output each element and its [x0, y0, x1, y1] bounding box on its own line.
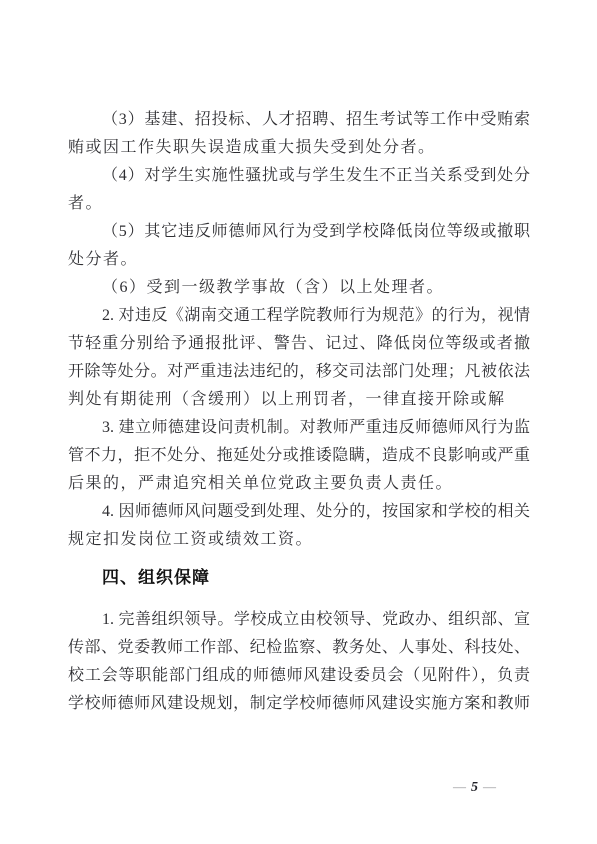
footer-dash-right: — — [483, 779, 496, 794]
text-line: 者。 — [68, 190, 530, 218]
text-line: 1. 完善组织领导。学校成立由校领导、党政办、组织部、宣 — [68, 606, 530, 634]
footer-dash-left: — — [453, 779, 466, 794]
paragraph: （6）受到一级教学事故（含）以上处理者。 — [68, 274, 530, 302]
text-line: （6）受到一级教学事故（含）以上处理者。 — [68, 274, 530, 302]
text-line: 4. 因师德师风问题受到处理、处分的，按国家和学校的相关 — [68, 498, 530, 526]
text-line: （5）其它违反师德师风行为受到学校降低岗位等级或撤职 — [68, 218, 530, 246]
text-line: 3. 建立师德建设问责机制。对教师严重违反师德师风行为监 — [68, 414, 530, 442]
page-footer: —5— — [448, 778, 501, 796]
paragraph: 3. 建立师德建设问责机制。对教师严重违反师德师风行为监 管不力，拒不处分、拖延… — [68, 414, 530, 498]
text-line: 处分者。 — [68, 246, 530, 274]
text-line: 贿或因工作失职失误造成重大损失受到处分者。 — [68, 134, 530, 162]
text-line: 2. 对违反《湖南交通工程学院教师行为规范》的行为，视情 — [68, 302, 530, 330]
paragraph: （3）基建、招投标、人才招聘、招生考试等工作中受贿索 贿或因工作失职失误造成重大… — [68, 106, 530, 162]
text-line: 管不力，拒不处分、拖延处分或推诿隐瞒，造成不良影响或严重 — [68, 442, 530, 470]
page-number: 5 — [471, 780, 478, 795]
text-line: 学校师德师风建设规划，制定学校师德师风建设实施方案和教师 — [68, 690, 530, 718]
document-page: （3）基建、招投标、人才招聘、招生考试等工作中受贿索 贿或因工作失职失误造成重大… — [0, 0, 597, 844]
text-line: （4）对学生实施性骚扰或与学生发生不正当关系受到处分 — [68, 162, 530, 190]
paragraph: 4. 因师德师风问题受到处理、处分的，按国家和学校的相关 规定扣发岗位工资或绩效… — [68, 498, 530, 554]
paragraph: （4）对学生实施性骚扰或与学生发生不正当关系受到处分 者。 — [68, 162, 530, 218]
paragraph: （5）其它违反师德师风行为受到学校降低岗位等级或撤职 处分者。 — [68, 218, 530, 274]
document-body: （3）基建、招投标、人才招聘、招生考试等工作中受贿索 贿或因工作失职失误造成重大… — [68, 106, 530, 718]
text-line: 传部、党委教师工作部、纪检监察、教务处、人事处、科技处、 — [68, 634, 530, 662]
text-line: 规定扣发岗位工资或绩效工资。 — [68, 526, 530, 554]
text-line: 后果的，严肃追究相关单位党政主要负责人责任。 — [68, 470, 530, 498]
paragraph: 2. 对违反《湖南交通工程学院教师行为规范》的行为，视情 节轻重分别给予通报批评… — [68, 302, 530, 414]
text-line: （3）基建、招投标、人才招聘、招生考试等工作中受贿索 — [68, 106, 530, 134]
text-line: 判处有期徒刑（含缓刑）以上刑罚者，一律直接开除或解聘。 — [68, 386, 530, 414]
text-line: 开除等处分。对严重违法违纪的，移交司法部门处理；凡被依法 — [68, 358, 530, 386]
paragraph: 1. 完善组织领导。学校成立由校领导、党政办、组织部、宣 传部、党委教师工作部、… — [68, 606, 530, 718]
text-line: 校工会等职能部门组成的师德师风建设委员会（见附件），负责 — [68, 662, 530, 690]
section-heading: 四、组织保障 — [68, 564, 530, 592]
text-line: 节轻重分别给予通报批评、警告、记过、降低岗位等级或者撤职、 — [68, 330, 530, 358]
